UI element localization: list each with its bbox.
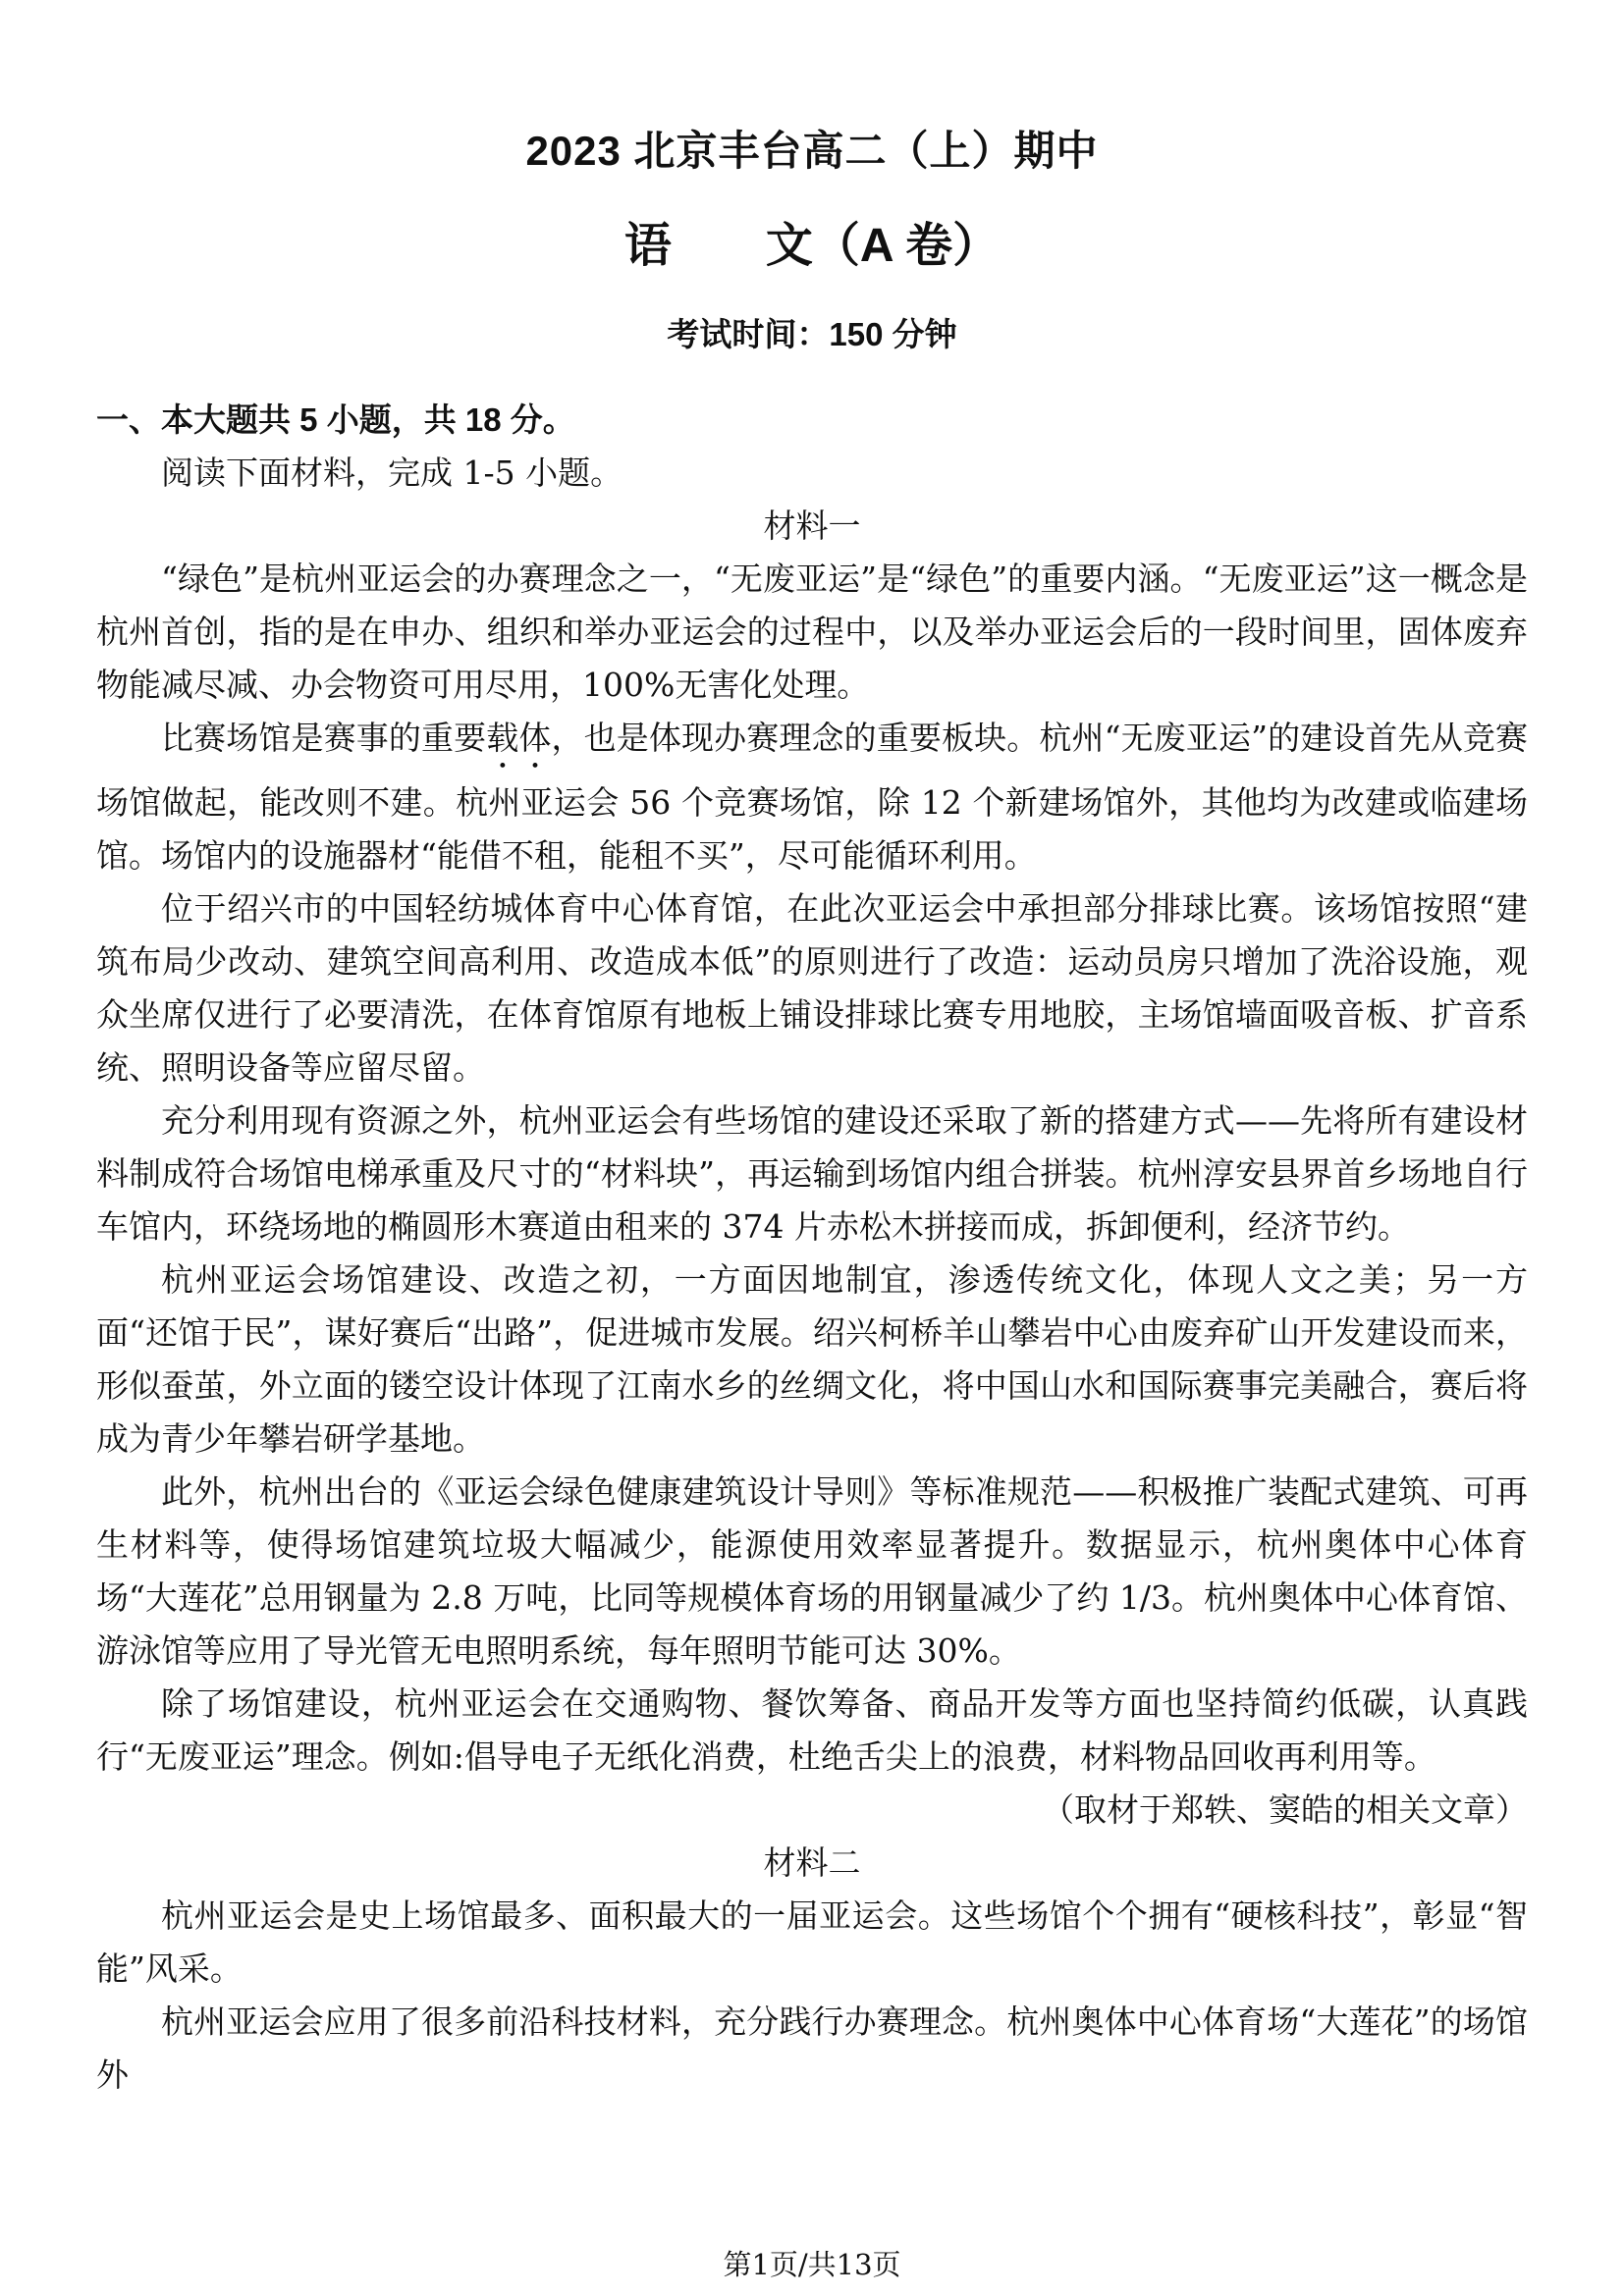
page-number-footer: 第1页/共13页 bbox=[0, 2249, 1624, 2280]
material-two-paragraph-1: 杭州亚运会是史上场馆最多、面积最大的一届亚运会。这些场馆个个拥有“硬核科技”，彰… bbox=[96, 1890, 1528, 1996]
material-one-paragraph-1: “绿色”是杭州亚运会的办赛理念之一，“无废亚运”是“绿色”的重要内涵。“无废亚运… bbox=[96, 553, 1528, 712]
exam-paper-page: 2023 北京丰台高二（上）期中 语 文（A 卷） 考试时间：150 分钟 一、… bbox=[0, 0, 1624, 2296]
page-content: 2023 北京丰台高二（上）期中 语 文（A 卷） 考试时间：150 分钟 一、… bbox=[0, 0, 1624, 2102]
subject-title: 语 文（A 卷） bbox=[96, 221, 1528, 272]
exam-time: 考试时间：150 分钟 bbox=[96, 317, 1528, 352]
emphasized-term: 载体 bbox=[486, 719, 551, 757]
material-one-paragraph-5: 杭州亚运会场馆建设、改造之初，一方面因地制宜，渗透传统文化，体现人文之美；另一方… bbox=[96, 1254, 1528, 1466]
exam-body: 一、本大题共 5 小题，共 18 分。 阅读下面材料，完成 1-5 小题。 材料… bbox=[96, 394, 1528, 2102]
material-one-paragraph-3: 位于绍兴市的中国轻纺城体育中心体育馆，在此次亚运会中承担部分排球比赛。该场馆按照… bbox=[96, 882, 1528, 1095]
exam-title: 2023 北京丰台高二（上）期中 bbox=[96, 129, 1528, 174]
material-one-paragraph-4: 充分利用现有资源之外，杭州亚运会有些场馆的建设还采取了新的搭建方式——先将所有建… bbox=[96, 1095, 1528, 1254]
paragraph-2-text-before-emphasis: 比赛场馆是赛事的重要 bbox=[161, 719, 486, 757]
material-one-heading: 材料一 bbox=[96, 500, 1528, 553]
material-one-paragraph-7: 除了场馆建设，杭州亚运会在交通购物、餐饮筹备、商品开发等方面也坚持简约低碳，认真… bbox=[96, 1678, 1528, 1784]
material-one-attribution: （取材于郑轶、窦皓的相关文章） bbox=[96, 1784, 1528, 1837]
material-one-paragraph-6: 此外，杭州出台的《亚运会绿色健康建筑设计导则》等标准规范——积极推广装配式建筑、… bbox=[96, 1466, 1528, 1678]
material-one-paragraph-2: 比赛场馆是赛事的重要载体，也是体现办赛理念的重要板块。杭州“无废亚运”的建设首先… bbox=[96, 712, 1528, 882]
material-two-paragraph-2: 杭州亚运会应用了很多前沿科技材料，充分践行办赛理念。杭州奥体中心体育场“大莲花”… bbox=[96, 1996, 1528, 2102]
section-one-heading: 一、本大题共 5 小题，共 18 分。 bbox=[96, 394, 1528, 447]
material-two-heading: 材料二 bbox=[96, 1837, 1528, 1890]
section-one-instruction: 阅读下面材料，完成 1-5 小题。 bbox=[96, 447, 1528, 500]
